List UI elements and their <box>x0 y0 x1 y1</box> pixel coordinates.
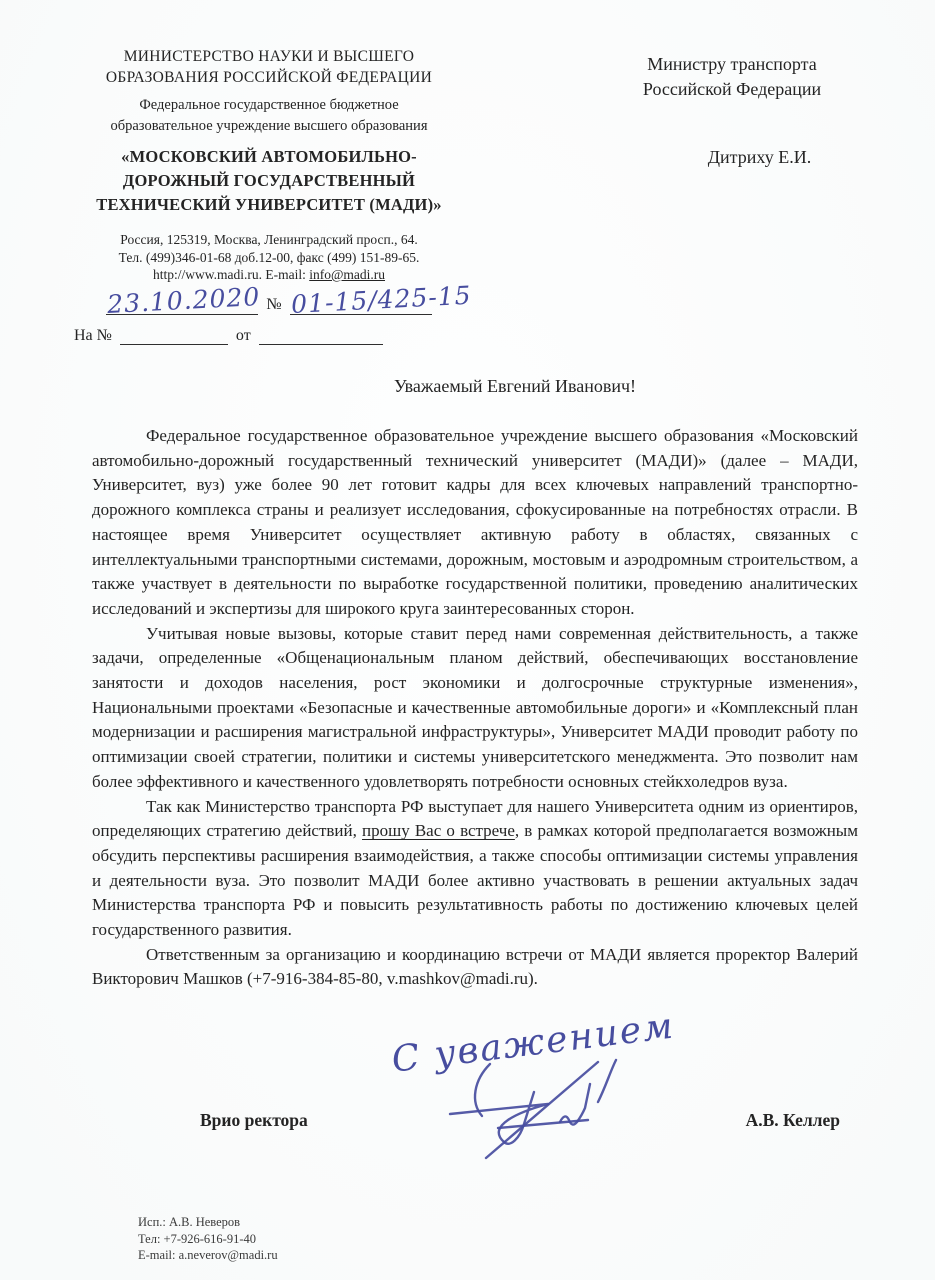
postal-address: Россия, 125319, Москва, Ленинградский пр… <box>58 231 480 249</box>
executor-block: Исп.: А.В. Неверов Тел: +7-926-616-91-40… <box>138 1214 278 1264</box>
university-name-line: «МОСКОВСКИЙ АВТОМОБИЛЬНО- <box>58 145 480 169</box>
university-name-line: ТЕХНИЧЕСКИЙ УНИВЕРСИТЕТ (МАДИ)» <box>58 193 480 217</box>
number-underline: 01-15/425-15 <box>290 292 432 315</box>
organization-type-line: образовательное учреждение высшего образ… <box>58 116 480 137</box>
ministry-line: МИНИСТЕРСТВО НАУКИ И ВЫСШЕГО <box>58 46 480 67</box>
executor-phone: Тел: +7-926-616-91-40 <box>138 1231 278 1248</box>
reply-date-blank <box>259 327 383 345</box>
reply-from-label: от <box>236 327 251 345</box>
recipient-name: Дитриху Е.И. <box>557 145 907 170</box>
scanned-letter-page: МИНИСТЕРСТВО НАУКИ И ВЫСШЕГО ОБРАЗОВАНИЯ… <box>0 0 935 1280</box>
body-paragraph-3: Так как Министерство транспорта РФ высту… <box>92 795 858 943</box>
phone-fax: Тел. (499)346-01-68 доб.12-00, факс (499… <box>58 249 480 267</box>
organization-type-line: Федеральное государственное бюджетное <box>58 95 480 116</box>
recipient-title-line: Министру транспорта <box>557 52 907 77</box>
email-link: info@madi.ru <box>309 267 385 282</box>
university-name: «МОСКОВСКИЙ АВТОМОБИЛЬНО- ДОРОЖНЫЙ ГОСУД… <box>58 145 480 217</box>
ministry-line: ОБРАЗОВАНИЯ РОССИЙСКОЙ ФЕДЕРАЦИИ <box>58 67 480 88</box>
ministry-name: МИНИСТЕРСТВО НАУКИ И ВЫСШЕГО ОБРАЗОВАНИЯ… <box>58 46 480 88</box>
handwritten-number: 01-15/425-15 <box>290 280 472 318</box>
executor-email: E-mail: a.neverov@madi.ru <box>138 1247 278 1264</box>
website-text: http://www.madi.ru. E-mail: <box>153 267 309 282</box>
recipient-block: Министру транспорта Российской Федерации… <box>557 52 907 170</box>
website-email-line: http://www.madi.ru. E-mail: info@madi.ru <box>58 266 480 284</box>
handwritten-date: 23.10.2020 <box>107 282 261 319</box>
date-underline: 23.10.2020 <box>106 292 258 315</box>
letterhead: МИНИСТЕРСТВО НАУКИ И ВЫСШЕГО ОБРАЗОВАНИЯ… <box>58 46 480 345</box>
registration-row: 23.10.2020 № 01-15/425-15 <box>58 292 480 315</box>
signer-row: Врио ректора А.В. Келлер <box>92 1110 858 1131</box>
body-paragraph-4: Ответственным за организацию и координац… <box>92 943 858 992</box>
recipient-title-line: Российской Федерации <box>557 77 907 102</box>
meeting-request-underlined: прошу Вас о встрече <box>362 821 515 840</box>
organization-type: Федеральное государственное бюджетное об… <box>58 95 480 137</box>
body-paragraph-1: Федеральное государственное образователь… <box>92 424 858 622</box>
signer-name: А.В. Келлер <box>746 1110 840 1131</box>
reply-to-label: На № <box>74 327 112 345</box>
letter-body: Федеральное государственное образователь… <box>92 424 858 992</box>
body-paragraph-2: Учитывая новые вызовы, которые ставит пе… <box>92 622 858 795</box>
signer-title: Врио ректора <box>200 1110 308 1131</box>
signature-stroke <box>598 1060 616 1102</box>
contact-block: Россия, 125319, Москва, Ленинградский пр… <box>58 231 480 284</box>
reply-number-blank <box>120 327 228 345</box>
salutation: Уважаемый Евгений Иванович! <box>95 376 935 397</box>
university-name-line: ДОРОЖНЫЙ ГОСУДАРСТВЕННЫЙ <box>58 169 480 193</box>
number-sign: № <box>266 296 281 315</box>
executor-name: Исп.: А.В. Неверов <box>138 1214 278 1231</box>
reply-reference-row: На № от <box>58 327 480 345</box>
signature-stroke <box>475 1064 490 1116</box>
